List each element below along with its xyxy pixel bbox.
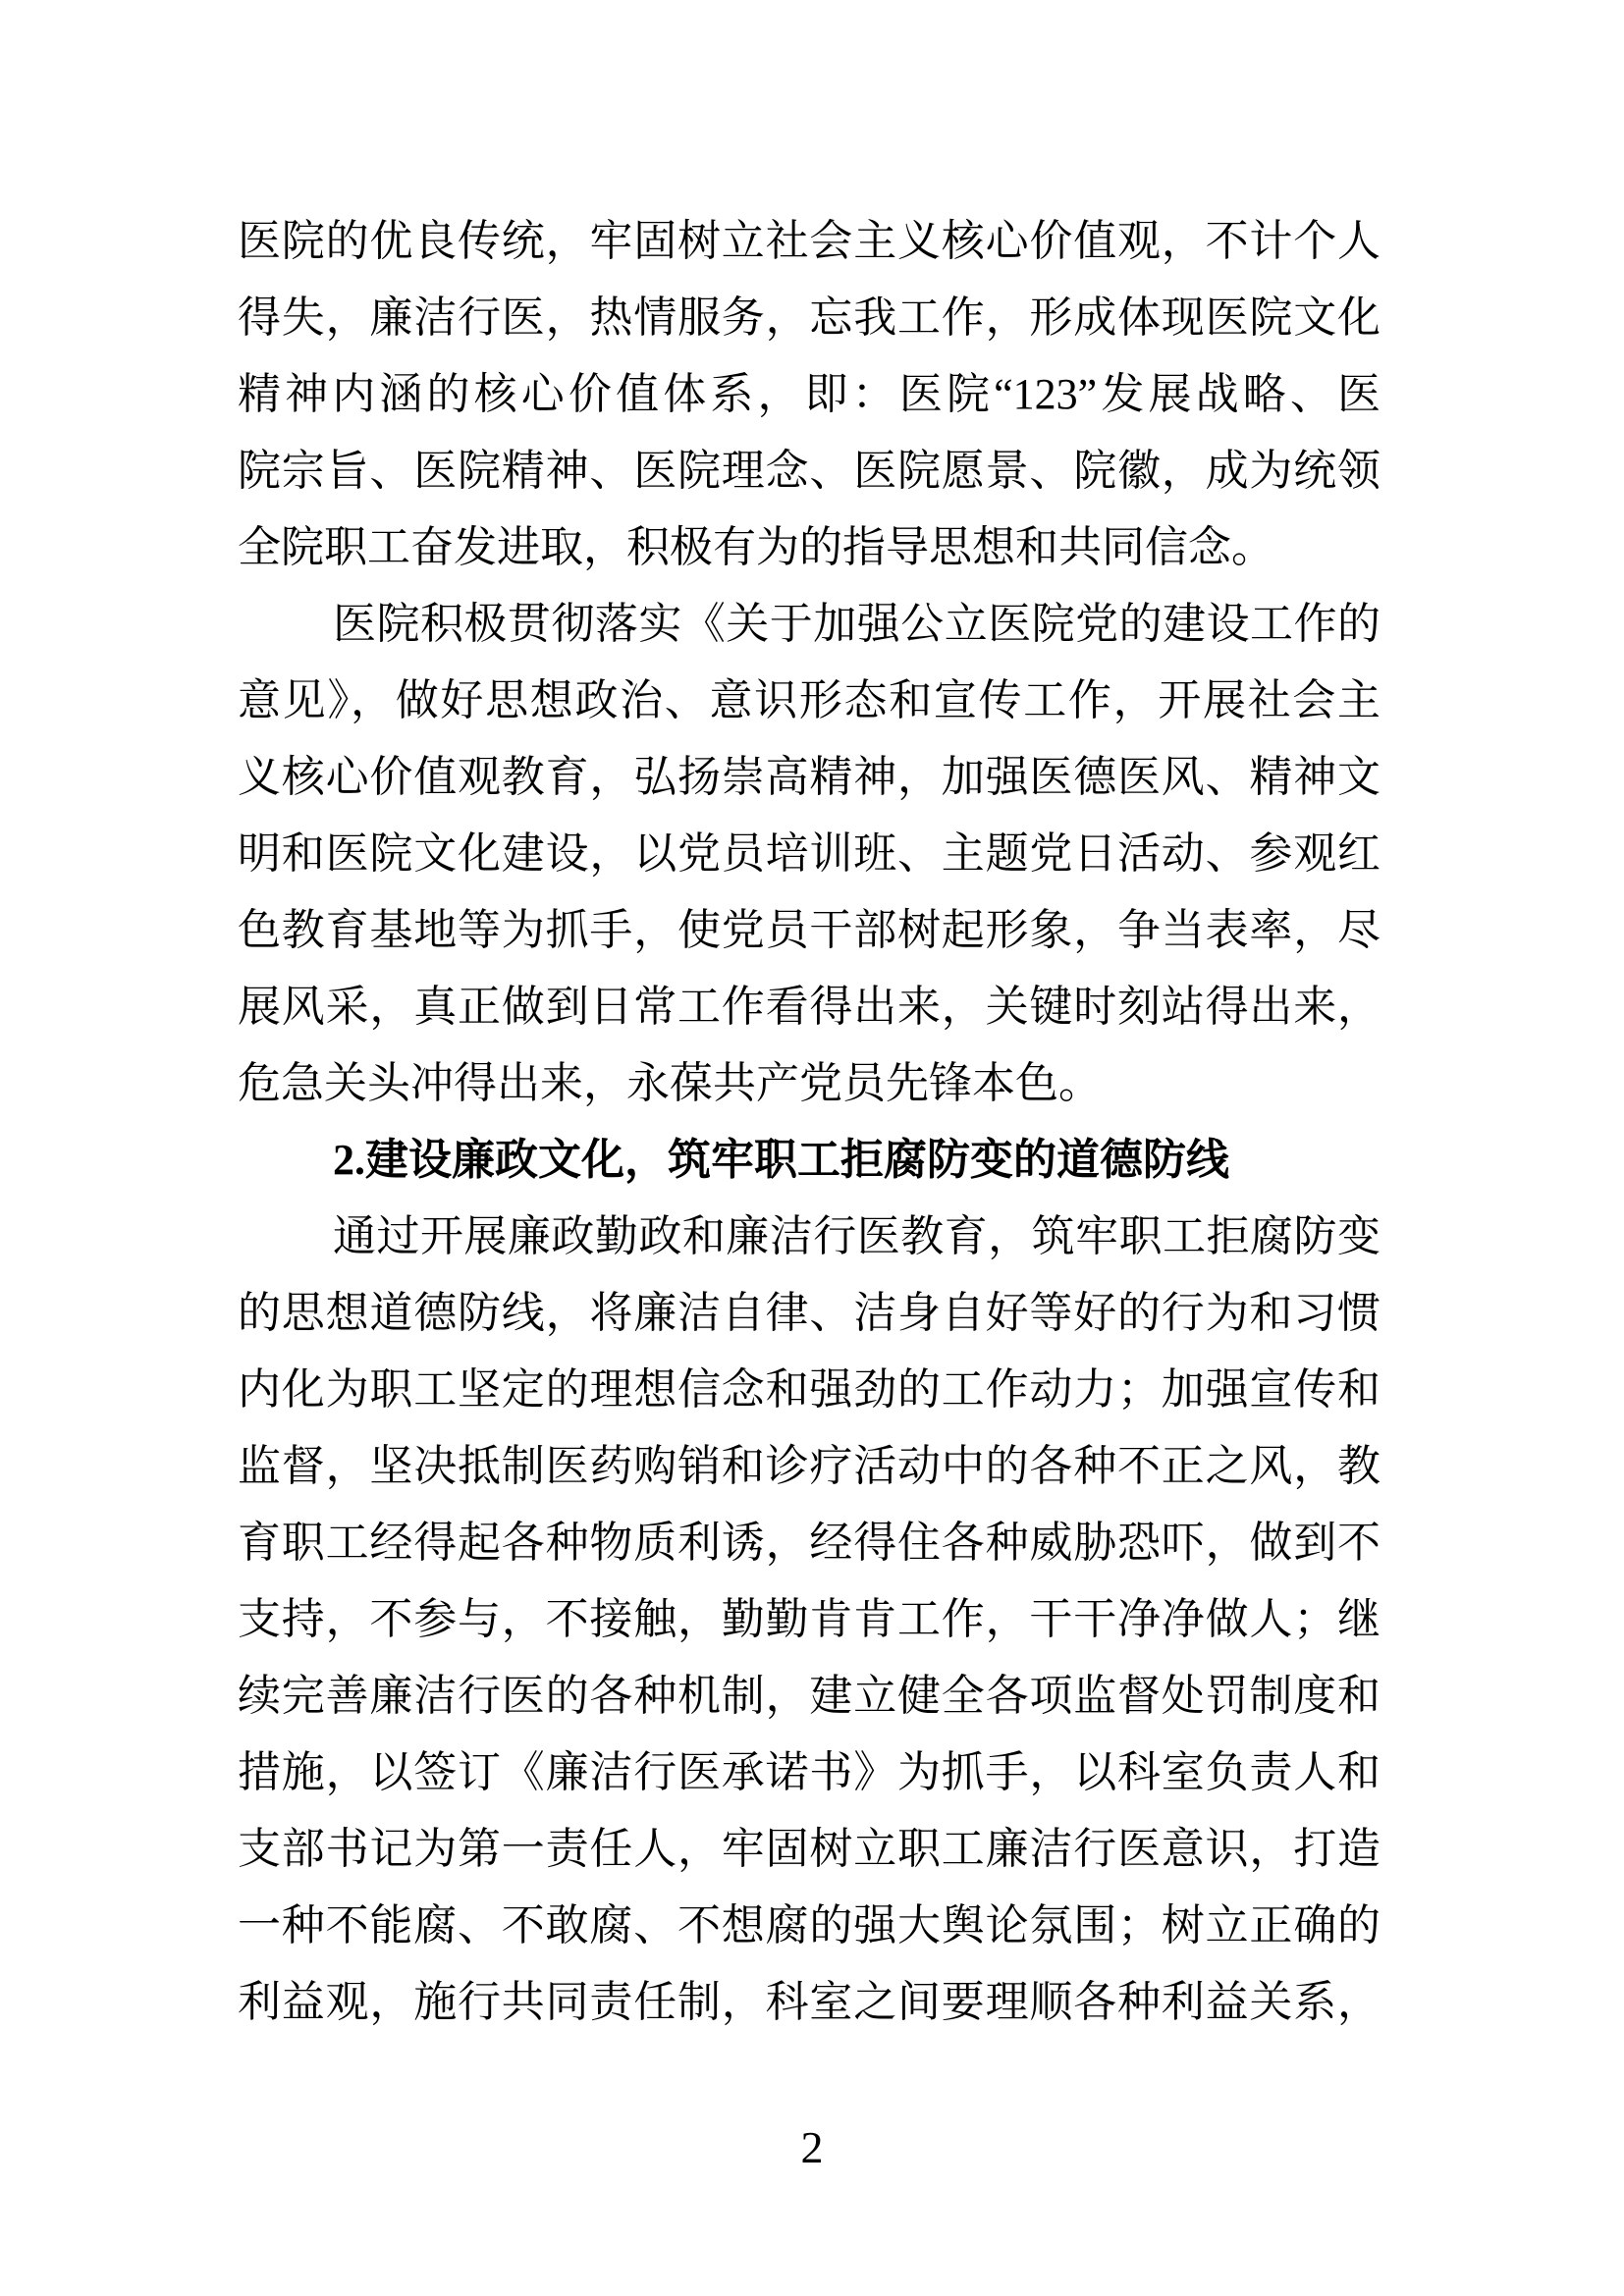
text-line: 医院积极贯彻落实《关于加强公立医院党的建设工作的 xyxy=(238,586,1380,663)
text-line: 措施，以签订《廉洁行医承诺书》为抓手，以科室负责人和 xyxy=(238,1735,1380,1811)
text-line: 支持，不参与，不接触，勤勤肯肯工作，干干净净做人；继 xyxy=(238,1581,1380,1658)
text-line: 院宗旨、医院精神、医院理念、医院愿景、院徽，成为统领 xyxy=(238,433,1380,509)
text-line: 色教育基地等为抓手，使党员干部树起形象，争当表率，尽 xyxy=(238,892,1380,969)
paragraph: 医院的优良传统，牢固树立社会主义核心价值观，不计个人得失，廉洁行医，热情服务，忘… xyxy=(238,203,1380,586)
page-number: 2 xyxy=(801,2122,824,2172)
text-line: 展风采，真正做到日常工作看得出来，关键时刻站得出来， xyxy=(238,969,1380,1045)
text-line: 明和医院文化建设，以党员培训班、主题党日活动、参观红 xyxy=(238,816,1380,892)
text-line: 利益观，施行共同责任制，科室之间要理顺各种利益关系， xyxy=(238,1964,1380,2041)
text-line: 育职工经得起各种物质利诱，经得住各种威胁恐吓，做到不 xyxy=(238,1505,1380,1581)
document-page: 医院的优良传统，牢固树立社会主义核心价值观，不计个人得失，廉洁行医，热情服务，忘… xyxy=(0,0,1624,2296)
text-line: 通过开展廉政勤政和廉洁行医教育，筑牢职工拒腐防变 xyxy=(238,1199,1380,1275)
text-line: 义核心价值观教育，弘扬崇高精神，加强医德医风、精神文 xyxy=(238,739,1380,816)
paragraph: 医院积极贯彻落实《关于加强公立医院党的建设工作的意见》，做好思想政治、意识形态和… xyxy=(238,586,1380,1122)
text-line: 内化为职工坚定的理想信念和强劲的工作动力；加强宣传和 xyxy=(238,1352,1380,1428)
paragraph: 通过开展廉政勤政和廉洁行医教育，筑牢职工拒腐防变的思想道德防线，将廉洁自律、洁身… xyxy=(238,1199,1380,2041)
text-line: 一种不能腐、不敢腐、不想腐的强大舆论氛围；树立正确的 xyxy=(238,1888,1380,1964)
text-line: 得失，廉洁行医，热情服务，忘我工作，形成体现医院文化 xyxy=(238,280,1380,356)
text-line: 的思想道德防线，将廉洁自律、洁身自好等好的行为和习惯 xyxy=(238,1275,1380,1352)
text-line: 2.建设廉政文化，筑牢职工拒腐防变的道德防线 xyxy=(238,1122,1380,1199)
page-footer: 2 xyxy=(0,2122,1624,2173)
text-line: 医院的优良传统，牢固树立社会主义核心价值观，不计个人 xyxy=(238,203,1380,280)
text-line: 续完善廉洁行医的各种机制，建立健全各项监督处罚制度和 xyxy=(238,1658,1380,1735)
document-body: 医院的优良传统，牢固树立社会主义核心价值观，不计个人得失，廉洁行医，热情服务，忘… xyxy=(238,203,1380,2041)
text-line: 全院职工奋发进取，积极有为的指导思想和共同信念。 xyxy=(238,509,1380,586)
text-line: 危急关头冲得出来，永葆共产党员先锋本色。 xyxy=(238,1045,1380,1122)
text-line: 监督，坚决抵制医药购销和诊疗活动中的各种不正之风，教 xyxy=(238,1428,1380,1505)
text-line: 精神内涵的核心价值体系，即：医院“123”发展战略、医 xyxy=(238,356,1380,433)
text-line: 意见》，做好思想政治、意识形态和宣传工作，开展社会主 xyxy=(238,663,1380,739)
section-heading: 2.建设廉政文化，筑牢职工拒腐防变的道德防线 xyxy=(238,1122,1380,1199)
text-line: 支部书记为第一责任人，牢固树立职工廉洁行医意识，打造 xyxy=(238,1811,1380,1888)
